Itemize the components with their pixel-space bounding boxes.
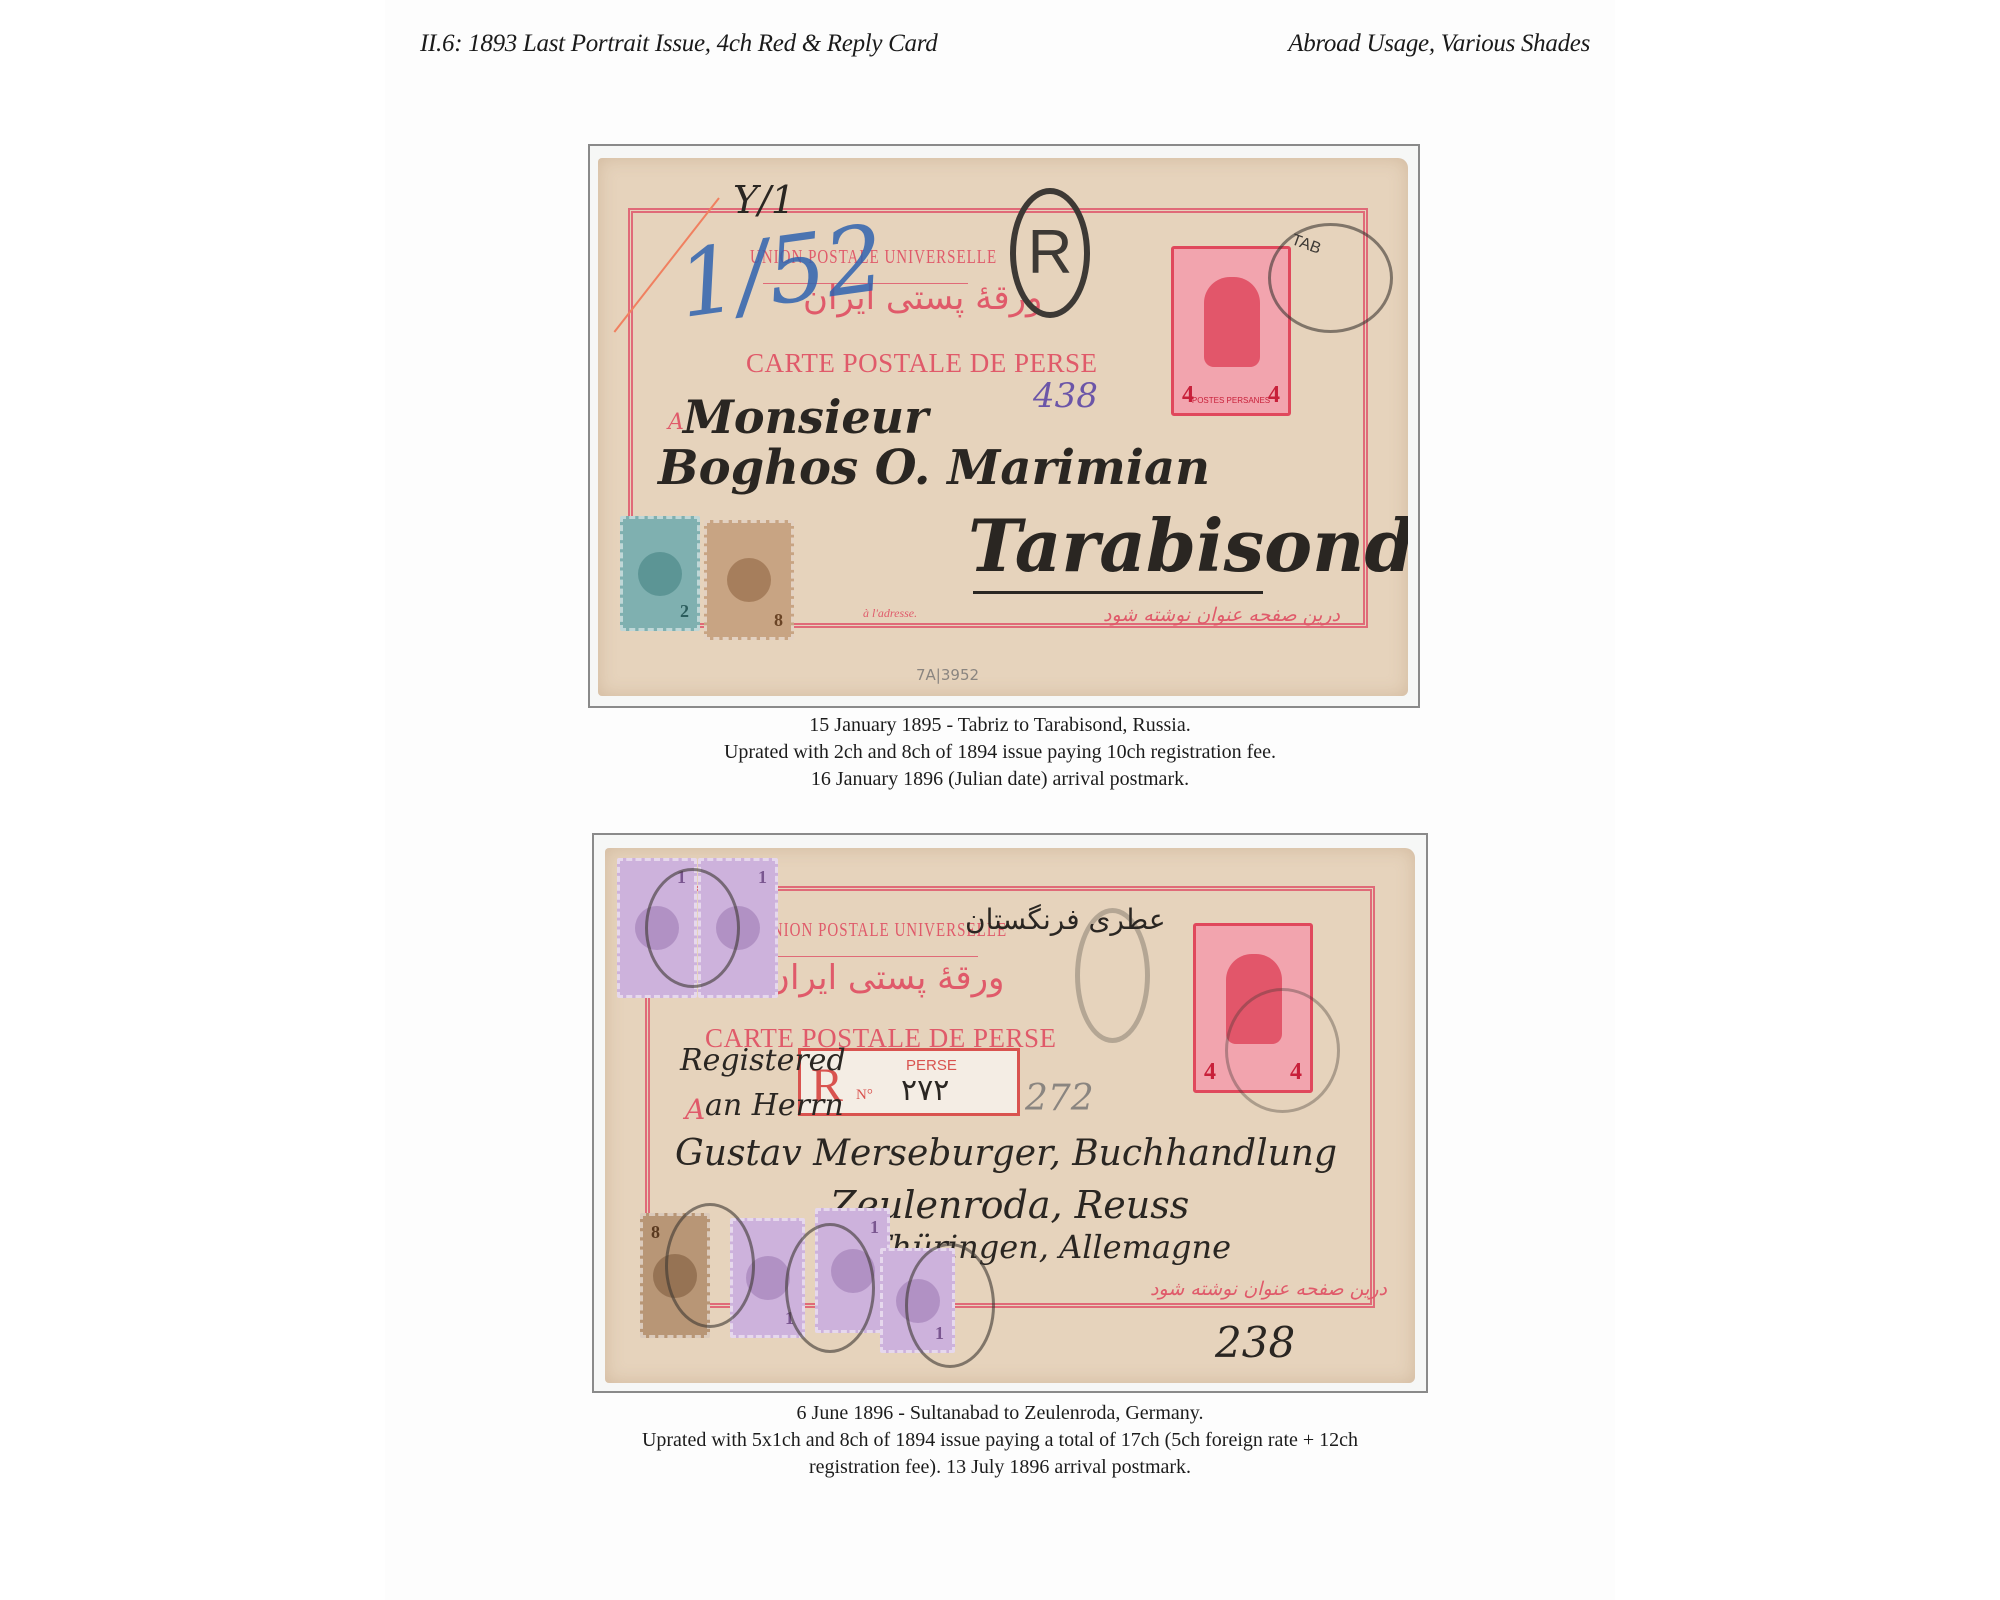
persian-title-text: ورقهٔ پستی ایران <box>765 958 1004 998</box>
address-underline <box>973 591 1263 594</box>
address-note-fr: à l'adresse. <box>863 606 917 621</box>
caption-line: Uprated with 5x1ch and 8ch of 1894 issue… <box>385 1427 1615 1454</box>
origin-postmark <box>665 1203 755 1328</box>
black-notation: Y/1 <box>733 178 795 222</box>
title-rule <box>773 956 978 957</box>
caption-1: 15 January 1895 - Tabriz to Tarabisond, … <box>385 712 1615 793</box>
arrival-postmark <box>1225 988 1340 1113</box>
tabriz-postmark: TAB <box>1268 223 1393 333</box>
caption-line: registration fee). 13 July 1896 arrival … <box>385 1454 1615 1481</box>
reg-label-no: N° <box>856 1087 873 1104</box>
lion-emblem-icon <box>727 558 771 602</box>
caption-line: 6 June 1896 - Sultanabad to Zeulenroda, … <box>385 1400 1615 1427</box>
origin-postmark <box>905 1243 995 1368</box>
origin-postmark <box>645 868 740 988</box>
shah-portrait-icon <box>1204 277 1260 367</box>
address-line-1: Monsieur <box>683 390 928 444</box>
stamp-value: 8 <box>651 1222 660 1243</box>
indicium-value-left: 4 <box>1204 1059 1216 1086</box>
postal-card-2: UNION POSTALE UNIVERSELLE ورقهٔ پستی ایر… <box>605 848 1415 1383</box>
pencil-registration-number: 272 <box>1025 1078 1094 1119</box>
lion-emblem-icon <box>638 552 682 596</box>
adhesive-stamp-8ch: 8 <box>704 520 794 640</box>
reg-label-number: ۲۷۲ <box>901 1073 949 1108</box>
stamp-value: 1 <box>758 867 767 888</box>
caption-line: 15 January 1895 - Tabriz to Tarabisond, … <box>385 712 1615 739</box>
address-line-2: Boghos O. Marimian <box>658 440 1210 496</box>
origin-postmark <box>785 1223 875 1353</box>
address-line-2: Gustav Merseburger, Buchhandlung <box>675 1133 1337 1174</box>
indicium-label: POSTES PERSANES <box>1174 396 1288 405</box>
caption-line: 16 January 1896 (Julian date) arrival po… <box>385 766 1615 793</box>
address-prefix: A <box>668 410 684 435</box>
caption-2: 6 June 1896 - Sultanabad to Zeulenroda, … <box>385 1400 1615 1481</box>
page-subtitle: Abroad Usage, Various Shades <box>1288 30 1590 58</box>
registration-r-handstamp: R <box>1010 188 1090 318</box>
registration-number: 438 <box>1033 376 1098 416</box>
bottom-number: 238 <box>1215 1318 1295 1367</box>
address-line-1: an Herrn <box>705 1088 844 1123</box>
postal-card-1: UNION POSTALE UNIVERSELLE ورقهٔ پستی ایر… <box>598 158 1408 696</box>
reg-label-country: PERSE <box>906 1057 957 1074</box>
pencil-reference: 7A|3952 <box>916 666 979 684</box>
caption-line: Uprated with 2ch and 8ch of 1894 issue p… <box>385 739 1615 766</box>
stamp-value: 1 <box>870 1217 879 1238</box>
stamp-value: 2 <box>680 601 689 622</box>
postmark-text: TAB <box>1289 231 1323 258</box>
stamp-value: 8 <box>774 610 783 631</box>
page-title: II.6: 1893 Last Portrait Issue, 4ch Red … <box>420 30 937 58</box>
adhesive-stamp-2ch: 2 <box>620 516 700 631</box>
address-prefix: A <box>685 1093 705 1126</box>
address-line-3: Tarabisond. <box>968 503 1408 588</box>
carte-postale-text: CARTE POSTALE DE PERSE <box>746 348 1098 379</box>
persian-manuscript-note: عطری فرنگستان <box>965 903 1166 936</box>
address-note-fa: درین صفحه عنوان نوشته شود <box>1103 604 1340 626</box>
address-note-fa: درین صفحه عنوان نوشته شود <box>1150 1278 1387 1300</box>
registered-note: Registered <box>680 1043 846 1078</box>
